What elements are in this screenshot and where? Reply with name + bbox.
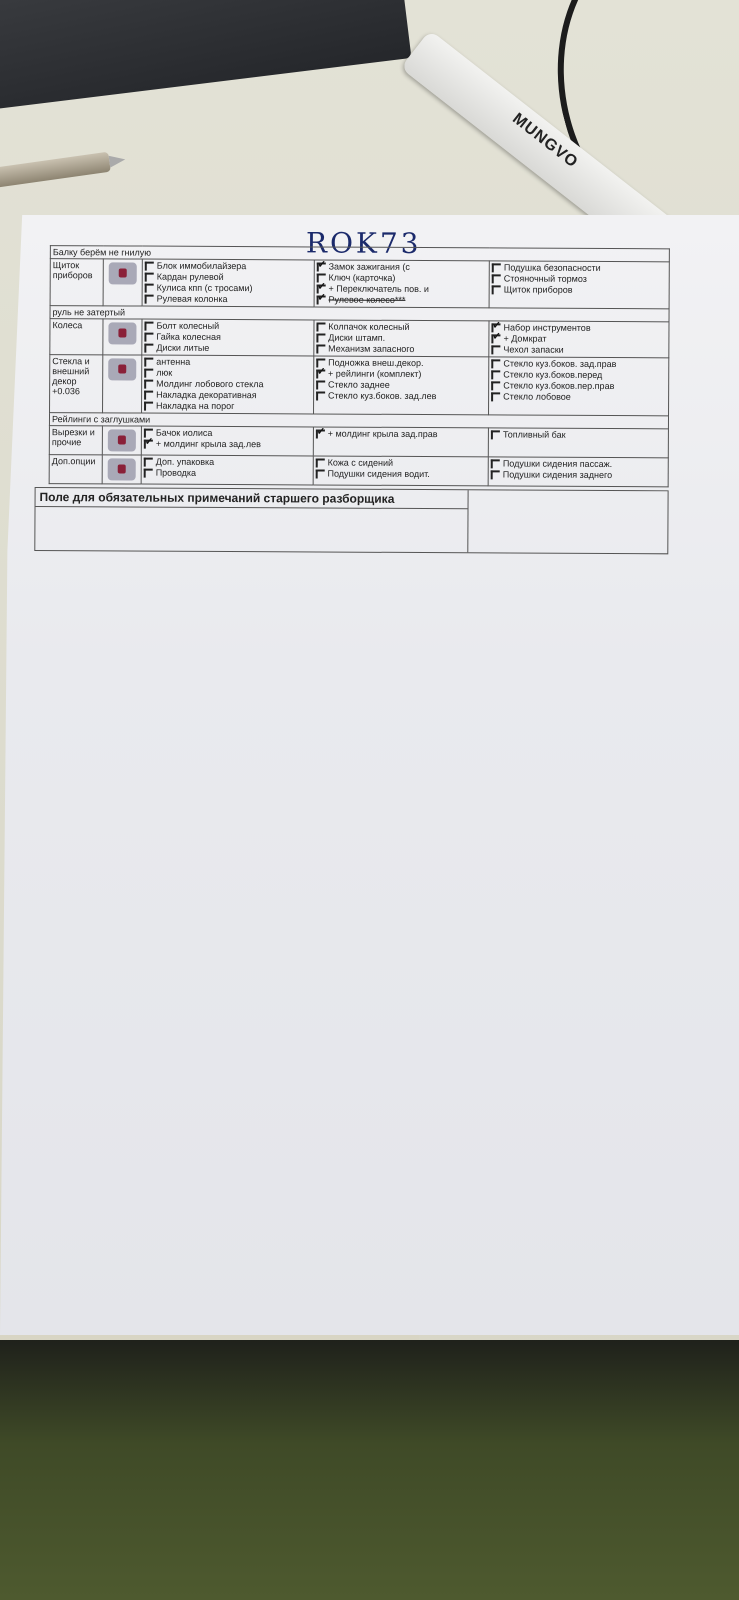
car-part-icon xyxy=(108,322,136,344)
checklist-item-label: Стекло лобовое xyxy=(503,391,571,402)
checkbox-icon[interactable] xyxy=(144,469,153,478)
checklist-item-label: Стекло куз.боков. зад.прав xyxy=(503,358,616,370)
green-fabric xyxy=(0,1340,739,1600)
checklist-item[interactable]: Ключ (карточка) xyxy=(317,272,487,284)
checklist-column: Колпачок колесныйДиски штамп.Механизм за… xyxy=(314,320,489,357)
checklist-column: Блок иммобилайзераКардан рулевойКулиса к… xyxy=(142,259,314,307)
checklist-item[interactable]: антенна xyxy=(144,357,311,369)
checkbox-icon[interactable] xyxy=(316,391,325,400)
checklist-item[interactable]: + Домкрат xyxy=(491,333,666,345)
checklist-item-label: Молдинг лобового стекла xyxy=(156,379,263,391)
checkbox-icon[interactable] xyxy=(316,344,325,353)
checklist-column: Топливный бак xyxy=(488,428,668,458)
checklist-column: Доп. упаковкаПроводка xyxy=(141,455,313,485)
car-part-icon xyxy=(108,429,136,451)
checklist-column: Набор инструментов+ ДомкратЧехол запаски xyxy=(489,321,669,358)
checkbox-checked-icon[interactable] xyxy=(316,369,325,378)
category-label: Колеса xyxy=(50,319,103,355)
checklist-item[interactable]: Стекло куз.боков. зад.прав xyxy=(491,358,666,370)
checklist-item-label: Диски литые xyxy=(156,343,209,354)
category-label: Доп.опции xyxy=(49,455,102,484)
checkbox-icon[interactable] xyxy=(316,458,325,467)
checklist-item-label: Болт колесный xyxy=(156,321,219,332)
checklist-item[interactable]: Замок зажигания (с xyxy=(317,261,487,273)
category-label: Щиток приборов xyxy=(50,259,103,306)
checkbox-icon[interactable] xyxy=(492,263,501,272)
checklist-item[interactable]: люк xyxy=(144,368,311,380)
checklist-item[interactable]: Подножка внеш.декор. xyxy=(316,357,486,369)
checklist-item[interactable]: Болт колесный xyxy=(144,321,311,333)
checklist-item-label: Гайка колесная xyxy=(156,332,221,343)
checklist-item-label: Стекло куз.боков. зад.лев xyxy=(328,391,437,403)
checklist-column: Стекло куз.боков. зад.правСтекло куз.бок… xyxy=(489,357,669,416)
category-label: Стекла и внешний декор +0.036 xyxy=(50,355,103,413)
checklist-item[interactable]: Гайка колесная xyxy=(144,332,311,344)
checklist-item[interactable]: Колпачок колесный xyxy=(316,321,486,333)
checklist-item-label: Кулиса кпп (с тросами) xyxy=(157,283,253,295)
checklist-column: антенналюкМолдинг лобового стеклаНакладк… xyxy=(142,355,314,414)
checklist-item[interactable]: Проводка xyxy=(144,468,311,480)
checklist-item[interactable]: + рейлинги (комплект) xyxy=(316,368,486,380)
checkbox-icon[interactable] xyxy=(316,469,325,478)
notes-main: Поле для обязательных примечаний старшег… xyxy=(35,488,468,552)
checklist-item-label: Доп. упаковка xyxy=(156,457,214,468)
checklist-item-label: антенна xyxy=(156,357,190,368)
checkbox-checked-icon[interactable] xyxy=(491,334,500,343)
checklist-item-label: Стекло заднее xyxy=(328,380,390,391)
checklist-table: Балку берём не гнилуюЩиток приборовБлок … xyxy=(49,245,670,487)
checklist-item-label: Подножка внеш.декор. xyxy=(328,358,423,369)
checkbox-checked-icon[interactable] xyxy=(316,295,325,304)
car-part-icon xyxy=(108,458,136,480)
checklist-item[interactable]: + Переключатель пов. и xyxy=(316,283,486,295)
checkbox-icon[interactable] xyxy=(491,359,500,368)
category-pictogram xyxy=(103,319,142,355)
checklist-column: + молдинг крыла зад.прав xyxy=(313,427,488,457)
car-part-icon xyxy=(108,358,136,380)
checkbox-icon[interactable] xyxy=(144,391,153,400)
checkbox-icon[interactable] xyxy=(145,273,154,282)
checklist-item-label: Рулевая колонка xyxy=(157,294,228,305)
checklist-column: Болт колесныйГайка колеснаяДиски литые xyxy=(142,319,314,356)
checklist-item-label: Замок зажигания (с xyxy=(329,262,410,273)
notes-side xyxy=(468,490,667,553)
checklist-item[interactable]: Стекло заднее xyxy=(316,379,486,391)
checklist-item[interactable]: Кардан рулевой xyxy=(145,272,312,284)
checklist-item-label: Кожа с сидений xyxy=(328,458,394,469)
checklist-item-label: Стекло куз.боков.перед xyxy=(503,369,602,381)
checkbox-icon[interactable] xyxy=(492,285,501,294)
checklist-item-label: Кардан рулевой xyxy=(157,272,224,283)
checklist-item[interactable]: Накладка декоративная xyxy=(144,390,311,402)
checklist-item-label: Диски штамп. xyxy=(328,333,385,344)
checklist-item[interactable]: Доп. упаковка xyxy=(144,457,311,469)
checklist-item-label: Щиток приборов xyxy=(504,284,573,295)
checklist-item[interactable]: Рулевая колонка xyxy=(145,294,312,306)
checkbox-icon[interactable] xyxy=(491,345,500,354)
checklist-item[interactable]: Кожа с сидений xyxy=(316,457,486,469)
checklist-item[interactable]: Стекло лобовое xyxy=(491,391,666,403)
checklist-column: Замок зажигания (сКлюч (карточка)+ Перек… xyxy=(314,260,489,308)
checklist-item-label: Подушки сидения заднего xyxy=(503,469,612,481)
checklist-item[interactable]: Накладка на порог xyxy=(144,401,311,413)
section-row: КолесаБолт колесныйГайка колеснаяДиски л… xyxy=(50,319,669,358)
checklist-item-label: Подушки сидения пассаж. xyxy=(503,458,612,470)
checklist-item[interactable]: + молдинг крыла зад.прав xyxy=(316,428,486,440)
checklist-item-label: Подушка безопасности xyxy=(504,262,601,274)
checklist-item[interactable]: Топливный бак xyxy=(491,429,666,441)
checklist-item-label: + Переключатель пов. и xyxy=(328,284,428,296)
checkbox-icon[interactable] xyxy=(145,284,154,293)
checkbox-icon[interactable] xyxy=(491,381,500,390)
checkbox-checked-icon[interactable] xyxy=(317,262,326,271)
category-pictogram xyxy=(103,259,142,306)
checkbox-icon[interactable] xyxy=(144,322,153,331)
checklist-item[interactable]: Молдинг лобового стекла xyxy=(144,379,311,391)
checklist-item[interactable]: Стекло куз.боков. зад.лев xyxy=(316,390,486,402)
checklist-item[interactable]: Стекло куз.боков.перед xyxy=(491,369,666,381)
checkbox-icon[interactable] xyxy=(145,262,154,271)
checklist-item[interactable]: Щиток приборов xyxy=(492,284,667,296)
checklist-item-label: Колпачок колесный xyxy=(328,322,409,333)
checkbox-icon[interactable] xyxy=(144,344,153,353)
checklist-item-label: Стояночный тормоз xyxy=(504,273,587,284)
checkbox-icon[interactable] xyxy=(316,380,325,389)
checkbox-icon[interactable] xyxy=(491,392,500,401)
checklist-item-label: Рулевое колесо*** xyxy=(328,295,405,306)
section-row: Стекла и внешний декор +0.036антенналюкМ… xyxy=(50,355,669,416)
checklist-item-label: Блок иммобилайзера xyxy=(157,261,247,272)
checkbox-icon[interactable] xyxy=(491,459,500,468)
checkbox-icon[interactable] xyxy=(145,295,154,304)
category-pictogram xyxy=(102,455,141,484)
checklist-item-label: люк xyxy=(156,368,172,379)
pen-tip-icon xyxy=(109,153,127,167)
checkbox-icon[interactable] xyxy=(144,333,153,342)
checklist-item-label: Бачок иолиса xyxy=(156,428,213,439)
notes-field[interactable] xyxy=(35,507,467,547)
checklist-item-label: Чехол запаски xyxy=(503,344,563,355)
checklist-item-label: Набор инструментов xyxy=(504,322,591,333)
checkbox-icon[interactable] xyxy=(491,430,500,439)
checklist-item-label: Накладка на порог xyxy=(156,401,234,412)
checklist-item[interactable]: Кулиса кпп (с тросами) xyxy=(145,283,312,295)
checklist-item-label: Топливный бак xyxy=(503,429,566,440)
checklist-item[interactable]: Диски штамп. xyxy=(316,332,486,344)
checklist-column: Кожа с сиденийПодушки сидения водит. xyxy=(313,456,488,486)
section-row: Вырезки и прочиеБачок иолиса+ молдинг кр… xyxy=(49,426,668,458)
checklist-item-label: Ключ (карточка) xyxy=(329,273,396,284)
checklist-item[interactable]: Подушки сидения водит. xyxy=(316,468,486,480)
checkbox-icon[interactable] xyxy=(316,333,325,342)
checklist-item-label: + молдинг крыла зад.прав xyxy=(328,429,438,441)
category-pictogram xyxy=(102,426,141,455)
checklist-item[interactable]: Набор инструментов xyxy=(492,322,667,334)
checklist-item[interactable]: Подушка безопасности xyxy=(492,262,667,274)
notes-box: Поле для обязательных примечаний старшег… xyxy=(34,487,668,554)
checkbox-checked-icon[interactable] xyxy=(316,429,325,438)
checkbox-icon[interactable] xyxy=(491,470,500,479)
checkbox-checked-icon[interactable] xyxy=(144,440,153,449)
car-part-icon xyxy=(109,262,137,284)
checklist-column: Подушка безопасностиСтояночный тормозЩит… xyxy=(489,261,669,309)
category-label: Вырезки и прочие xyxy=(49,426,102,455)
section-row: Щиток приборовБлок иммобилайзераКардан р… xyxy=(50,259,669,309)
checklist-item[interactable]: + молдинг крыла зад.лев xyxy=(144,439,311,451)
category-pictogram xyxy=(103,355,142,413)
notes-title: Поле для обязательных примечаний старшег… xyxy=(36,488,468,509)
checklist-item-label: Стекло куз.боков.пер.прав xyxy=(503,380,614,392)
checklist-item-label: + Домкрат xyxy=(503,333,546,344)
checklist-item[interactable]: Стекло куз.боков.пер.прав xyxy=(491,380,666,392)
checklist-item[interactable]: Бачок иолиса xyxy=(144,428,311,440)
checklist-item[interactable]: Диски литые xyxy=(144,343,311,355)
checklist-column: Подушки сидения пассаж.Подушки сидения з… xyxy=(488,457,668,487)
checkbox-icon[interactable] xyxy=(144,402,153,411)
checkbox-icon[interactable] xyxy=(316,322,325,331)
checklist-item-label: + молдинг крыла зад.лев xyxy=(156,439,261,451)
checklist-item[interactable]: Подушки сидения пассаж. xyxy=(491,458,666,470)
checklist-item-label: Проводка xyxy=(156,468,196,479)
checklist-item-label: Механизм запасного xyxy=(328,344,414,355)
photo-scene: MUNGVO ROK73 Балку берём не гнилуюЩиток … xyxy=(0,0,739,1600)
checklist-column: Бачок иолиса+ молдинг крыла зад.лев xyxy=(141,426,313,456)
checkbox-icon[interactable] xyxy=(144,369,153,378)
checklist-item[interactable]: Чехол запаски xyxy=(491,344,666,356)
checklist-item[interactable]: Блок иммобилайзера xyxy=(145,261,312,273)
checklist-item[interactable]: Механизм запасного xyxy=(316,343,486,355)
checklist-item-label: Накладка декоративная xyxy=(156,390,257,402)
checklist-item-label: Подушки сидения водит. xyxy=(328,469,430,481)
checklist-item[interactable]: Подушки сидения заднего xyxy=(491,469,666,481)
checkbox-icon[interactable] xyxy=(144,458,153,467)
checkbox-icon[interactable] xyxy=(144,380,153,389)
checklist-item[interactable]: Стояночный тормоз xyxy=(492,273,667,285)
checkbox-icon[interactable] xyxy=(144,358,153,367)
checkbox-icon[interactable] xyxy=(491,370,500,379)
checklist-column: Подножка внеш.декор.+ рейлинги (комплект… xyxy=(313,356,489,415)
section-row: Доп.опцииДоп. упаковкаПроводкаКожа с сид… xyxy=(49,455,668,487)
checkbox-icon[interactable] xyxy=(492,274,501,283)
checklist-item[interactable]: Рулевое колесо*** xyxy=(316,294,486,306)
checklist-item-label: + рейлинги (комплект) xyxy=(328,369,421,380)
